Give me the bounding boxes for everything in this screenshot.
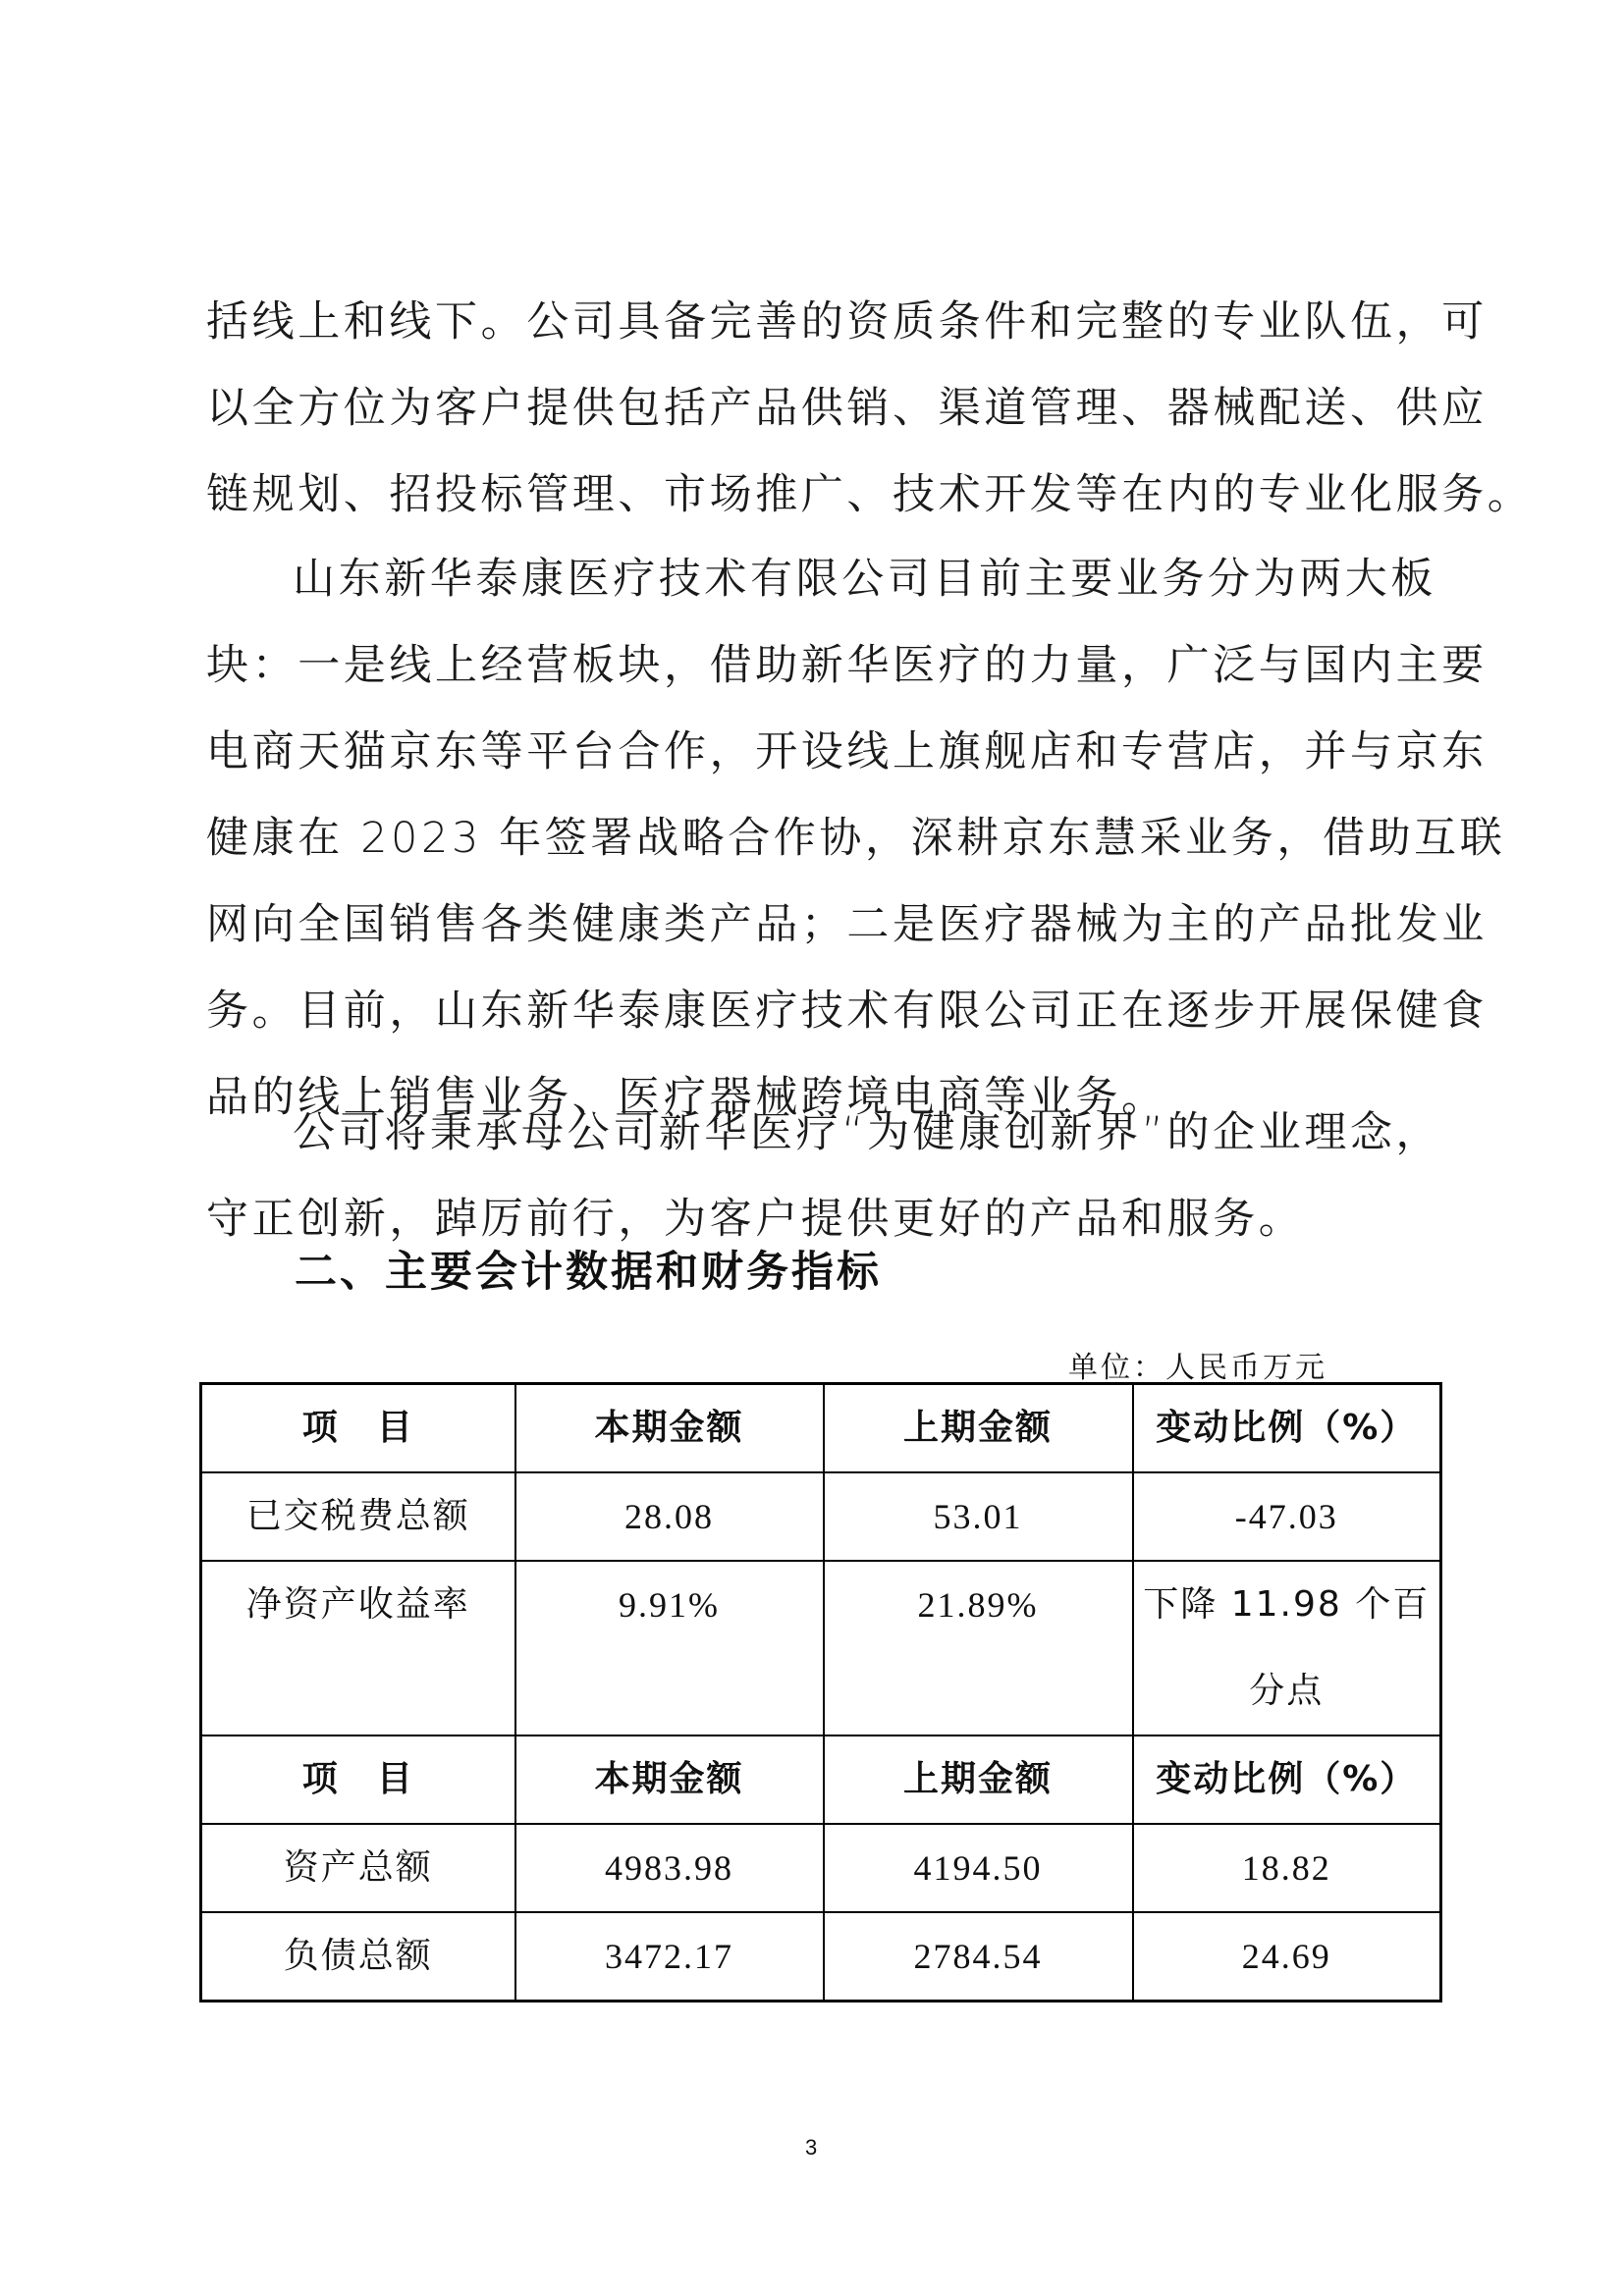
- cell-current: 3472.17: [515, 1912, 824, 2002]
- header-previous: 上期金额: [824, 1735, 1133, 1824]
- text-line: 网向全国销售各类健康类产品；二是医疗器械为主的产品批发业: [206, 881, 1488, 968]
- financial-indicators-table: 项 目 本期金额 上期金额 变动比例（%） 已交税费总额 28.08 53.01…: [199, 1382, 1442, 2002]
- text-line: 链规划、招投标管理、市场推广、技术开发等在内的专业化服务。: [206, 452, 1533, 538]
- change-line: 下降 11.98 个百: [1134, 1562, 1440, 1648]
- cell-item: 净资产收益率: [201, 1561, 515, 1735]
- text-line: 山东新华泰康医疗技术有限公司目前主要业务分为两大板: [293, 536, 1436, 622]
- cell-item: 已交税费总额: [201, 1472, 515, 1561]
- cell-current: 28.08: [515, 1472, 824, 1561]
- text-line: 电商天猫京东等平台合作，开设线上旗舰店和专营店，并与京东: [206, 709, 1488, 795]
- cell-previous: 4194.50: [824, 1824, 1133, 1912]
- text-line: 以全方位为客户提供包括产品供销、渠道管理、器械配送、供应: [206, 365, 1488, 452]
- header-current: 本期金额: [515, 1735, 824, 1824]
- cell-current: 9.91%: [515, 1561, 824, 1735]
- text-line: 块：一是线上经营板块，借助新华医疗的力量，广泛与国内主要: [206, 622, 1488, 709]
- header-current: 本期金额: [515, 1384, 824, 1473]
- cell-previous: 21.89%: [824, 1561, 1133, 1735]
- header-item: 项 目: [201, 1735, 515, 1824]
- text-line: 公司将秉承母公司新华医疗“为健康创新界”的企业理念，: [293, 1090, 1441, 1176]
- page-number: 3: [805, 2135, 817, 2161]
- cell-previous: 53.01: [824, 1472, 1133, 1561]
- cell-item: 负债总额: [201, 1912, 515, 2002]
- cell-change: 18.82: [1133, 1824, 1441, 1912]
- cell-change: 下降 11.98 个百 分点: [1133, 1561, 1441, 1735]
- cell-previous: 2784.54: [824, 1912, 1133, 2002]
- text-line: 健康在 2023 年签署战略合作协，深耕京东慧采业务，借助互联: [206, 795, 1505, 881]
- table-row: 资产总额 4983.98 4194.50 18.82: [201, 1824, 1441, 1912]
- table-row: 负债总额 3472.17 2784.54 24.69: [201, 1912, 1441, 2002]
- header-previous: 上期金额: [824, 1384, 1133, 1473]
- text-line: 括线上和线下。公司具备完善的资质条件和完整的专业队伍，可: [206, 279, 1488, 365]
- cell-change: -47.03: [1133, 1472, 1441, 1561]
- cell-change: 24.69: [1133, 1912, 1441, 2002]
- change-line: 分点: [1134, 1648, 1440, 1735]
- header-change: 变动比例（%）: [1133, 1735, 1441, 1824]
- table-header-row: 项 目 本期金额 上期金额 变动比例（%）: [201, 1735, 1441, 1824]
- text-line: 务。目前，山东新华泰康医疗技术有限公司正在逐步开展保健食: [206, 968, 1488, 1054]
- table-header-row: 项 目 本期金额 上期金额 变动比例（%）: [201, 1384, 1441, 1473]
- section-heading: 二、主要会计数据和财务指标: [295, 1239, 882, 1299]
- header-change: 变动比例（%）: [1133, 1384, 1441, 1473]
- cell-item: 资产总额: [201, 1824, 515, 1912]
- table-row: 净资产收益率 9.91% 21.89% 下降 11.98 个百 分点: [201, 1561, 1441, 1735]
- table-row: 已交税费总额 28.08 53.01 -47.03: [201, 1472, 1441, 1561]
- cell-current: 4983.98: [515, 1824, 824, 1912]
- unit-label: 单位：人民币万元: [1068, 1343, 1327, 1386]
- document-page: 括线上和线下。公司具备完善的资质条件和完整的专业队伍，可 以全方位为客户提供包括…: [0, 0, 1624, 2296]
- header-item: 项 目: [201, 1384, 515, 1473]
